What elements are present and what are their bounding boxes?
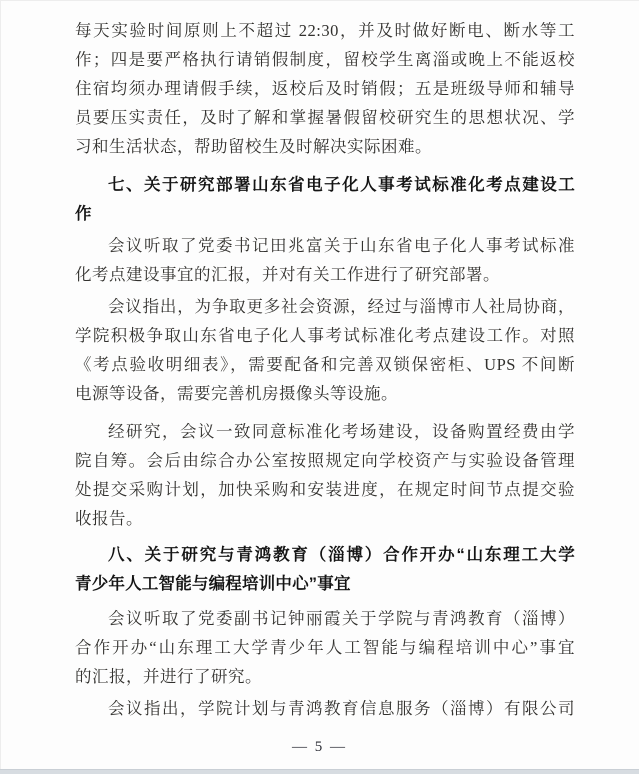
- text-line: 化考点建设事宜的汇报，并对有关工作进行了研究部署。: [75, 260, 575, 289]
- text-line: 会议指出，为争取更多社会资源，经过与淄博市人社局协商，: [75, 292, 575, 321]
- text-line: 电源等设备，需要完善机房摄像头等设施。: [75, 379, 575, 408]
- text-line: 每天实验时间原则上不超过 22:30，并及时做好断电、断水等工: [75, 16, 575, 45]
- text-line: 的汇报，并进行了研究。: [75, 662, 575, 691]
- text-line: 收报告。: [75, 504, 575, 533]
- text-line: 处提交采购计划，加快采购和安装进度，在规定时间节点提交验: [75, 475, 575, 504]
- paragraph: 经研究，会议一致同意标准化考场建设，设备购置经费由学院自筹。会后由综合办公室按照…: [75, 417, 575, 533]
- text-line: 院自筹。会后由综合办公室按照规定向学校资产与实验设备管理: [75, 446, 575, 475]
- paragraph: 会议指出，为争取更多社会资源，经过与淄博市人社局协商，学院积极争取山东省电子化人…: [75, 292, 575, 408]
- document-page: 每天实验时间原则上不超过 22:30，并及时做好断电、断水等工作；四是要严格执行…: [0, 0, 639, 774]
- text-line: 作；四是要严格执行请销假制度，留校学生离淄或晚上不能返校: [75, 45, 575, 74]
- text-line: 会议听取了党委书记田兆富关于山东省电子化人事考试标准: [75, 231, 575, 260]
- text-line: 会议指出，学院计划与青鸿教育信息服务（淄博）有限公司: [75, 694, 575, 723]
- text-line: 八、关于研究与青鸿教育（淄博）合作开办“山东理工大学: [75, 541, 575, 570]
- text-line: 会议听取了党委副书记钟丽霞关于学院与青鸿教育（淄博）: [75, 604, 575, 633]
- text-line: 七、关于研究部署山东省电子化人事考试标准化考点建设工: [75, 171, 575, 200]
- document-content: 每天实验时间原则上不超过 22:30，并及时做好断电、断水等工作；四是要严格执行…: [75, 16, 575, 723]
- paragraph: 会议指出，学院计划与青鸿教育信息服务（淄博）有限公司: [75, 694, 575, 723]
- paragraph: 会议听取了党委书记田兆富关于山东省电子化人事考试标准化考点建设事宜的汇报，并对有…: [75, 231, 575, 289]
- page-number: — 5 —: [0, 736, 639, 758]
- paragraph: 每天实验时间原则上不超过 22:30，并及时做好断电、断水等工作；四是要严格执行…: [75, 16, 575, 161]
- section-heading: 八、关于研究与青鸿教育（淄博）合作开办“山东理工大学青少年人工智能与编程培训中心…: [75, 541, 575, 599]
- text-line: 作: [75, 200, 575, 229]
- scan-edge-band: [0, 769, 639, 774]
- text-line: 学院积极争取山东省电子化人事考试标准化考点建设工作。对照: [75, 321, 575, 350]
- section-heading: 七、关于研究部署山东省电子化人事考试标准化考点建设工作: [75, 171, 575, 229]
- text-line: 习和生活状态，帮助留校生及时解决实际困难。: [75, 132, 575, 161]
- paragraph: 会议听取了党委副书记钟丽霞关于学院与青鸿教育（淄博）合作开办“山东理工大学青少年…: [75, 604, 575, 691]
- text-line: 《考点验收明细表》，需要配备和完善双锁保密柜、UPS 不间断: [75, 350, 575, 379]
- text-line: 员要压实责任，及时了解和掌握暑假留校研究生的思想状况、学: [75, 103, 575, 132]
- text-line: 经研究，会议一致同意标准化考场建设，设备购置经费由学: [75, 417, 575, 446]
- text-line: 合作开办“山东理工大学青少年人工智能与编程培训中心”事宜: [75, 633, 575, 662]
- text-line: 青少年人工智能与编程培训中心”事宜: [75, 570, 575, 599]
- text-line: 住宿均须办理请假手续，返校后及时销假；五是班级导师和辅导: [75, 74, 575, 103]
